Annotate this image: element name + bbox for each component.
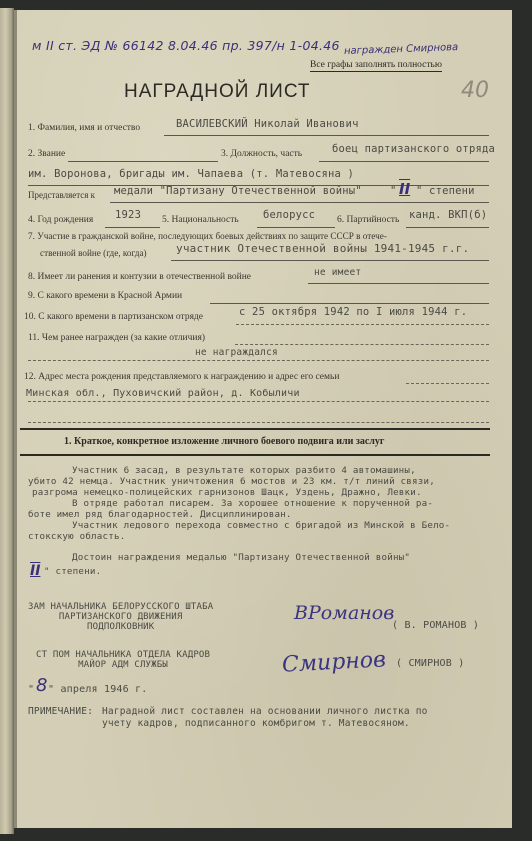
field-1-value: ВАСИЛЕВСКИЙ Николай Иванович: [176, 118, 359, 130]
signatory-2-title: СТ ПОМ НАЧАЛЬНИКА ОТДЕЛА КАДРОВ МАЙОР АД…: [36, 650, 210, 670]
field-11-value: не награждался: [195, 347, 278, 358]
field-4-label: 4. Год рождения: [28, 215, 93, 225]
pencil-folio-number: 40: [461, 78, 489, 103]
field-7-value: участник Отечественной войны 1941-1945 г…: [176, 242, 469, 255]
page-title: НАГРАДНОЙ ЛИСТ: [124, 81, 311, 103]
signatory-1-title: ЗАМ НАЧАЛЬНИКА БЕЛОРУССКОГО ШТАБА ПАРТИЗ…: [28, 602, 213, 632]
field-3-value-line1: боец партизанского отряда: [332, 143, 495, 155]
presented-for-label: Представляется к: [28, 190, 95, 200]
merit-text-line: убито 42 немца. Участник уничтожения 6 м…: [28, 477, 435, 487]
field-5-label: 5. Национальность: [162, 215, 239, 225]
conclusion-degree-handwritten: II: [30, 563, 40, 579]
degree-open-quote: ": [390, 185, 397, 197]
signatory-2-title-line: СТ ПОМ НАЧАЛЬНИКА ОТДЕЛА КАДРОВ: [36, 650, 210, 660]
presented-for-value: медали "Партизану Отечественной войны": [114, 185, 362, 197]
signature-romanov: ВРоманов: [294, 602, 394, 624]
fill-instruction: Все графы заполнять полностью: [310, 60, 442, 72]
signatory-1-title-line: ПОДПОЛКОВНИК: [28, 622, 213, 632]
handwritten-registry-note: м II ст. ЭД № 66142 8.04.46 пр. 397/н 1-…: [32, 38, 340, 53]
merit-text-line: боте имел ряд благодарностей. Дисциплини…: [28, 510, 292, 520]
merit-text-line: стокскую область.: [28, 532, 125, 542]
field-3-label: 3. Должность, часть: [221, 149, 302, 159]
section-1-heading: 1. Краткое, конкретное изложение личного…: [64, 436, 384, 447]
date-month-year: " апреля 1946 г.: [48, 684, 148, 695]
signatory-1-title-line: ЗАМ НАЧАЛЬНИКА БЕЛОРУССКОГО ШТАБА: [28, 602, 213, 612]
signatory-2-title-line: МАЙОР АДМ СЛУЖБЫ: [36, 660, 210, 670]
note-line-1: Наградной лист составлен на основании ли…: [102, 706, 428, 717]
field-10-label: 10. С какого времени в партизанском отря…: [24, 312, 203, 322]
presented-degree-handwritten: II: [399, 180, 410, 198]
merit-text-line: Участник ледового перехода совместно с б…: [72, 521, 450, 531]
field-2-label: 2. Звание: [28, 149, 65, 159]
note-label: ПРИМЕЧАНИЕ:: [28, 706, 93, 717]
presented-degree-suffix: " степени: [416, 185, 475, 197]
conclusion-degree-suffix: " степени.: [44, 567, 101, 577]
signatory-1-name: ( В. РОМАНОВ ): [392, 620, 479, 631]
field-3-value-line2: им. Воронова, бригады им. Чапаева (т. Ма…: [28, 168, 354, 180]
field-10-value: с 25 октября 1942 по I июля 1944 г.: [239, 306, 467, 318]
binding-spine: [0, 8, 14, 834]
merit-text-line: В отряде работал писарем. За хорошее отн…: [72, 499, 433, 509]
field-4-value: 1923: [115, 209, 141, 221]
signatory-2-name: ( СМИРНОВ ): [396, 658, 464, 669]
signature-smirnov: Смирнов: [281, 647, 386, 677]
field-1-label: 1. Фамилия, имя и отчество: [28, 123, 140, 133]
field-11-label: 11. Чем ранее награжден (за какие отличи…: [28, 333, 205, 343]
field-12-value: Минская обл., Пуховичский район, д. Кобы…: [26, 388, 300, 399]
signatory-1-title-line: ПАРТИЗАНСКОГО ДВИЖЕНИЯ: [28, 612, 213, 622]
field-8-label: 8. Имеет ли ранения и контузии в отечест…: [28, 272, 251, 282]
merit-text-line: разгрома немецко-полицейских гарнизонов …: [32, 488, 422, 498]
award-sheet-page: м II ст. ЭД № 66142 8.04.46 пр. 397/н 1-…: [14, 10, 512, 828]
date-open-quote: ": [28, 684, 34, 695]
field-5-value: белорусс: [263, 209, 315, 221]
date-day-handwritten: 8: [36, 675, 47, 696]
field-9-label: 9. С какого времени в Красной Армии: [28, 291, 182, 301]
field-7-label-line2: ственной войне (где, когда): [40, 248, 147, 258]
page-edge-shadow: [14, 10, 17, 828]
field-6-value: канд. ВКП(б): [409, 209, 487, 221]
field-8-value: не имеет: [314, 267, 361, 278]
field-12-label: 12. Адрес места рождения представляемого…: [24, 372, 339, 382]
note-line-2: учету кадров, подписанного комбригом т. …: [102, 718, 410, 729]
field-7-label-line1: 7. Участие в гражданской войне, последую…: [28, 231, 387, 241]
merit-text-line: Участник 6 засад, в результате которых р…: [72, 466, 416, 476]
handwritten-awarded-note: награжден Смирнова: [344, 42, 459, 57]
field-6-label: 6. Партийность: [337, 215, 399, 225]
conclusion-line: Достоин награждения медалью "Партизану О…: [72, 553, 410, 563]
